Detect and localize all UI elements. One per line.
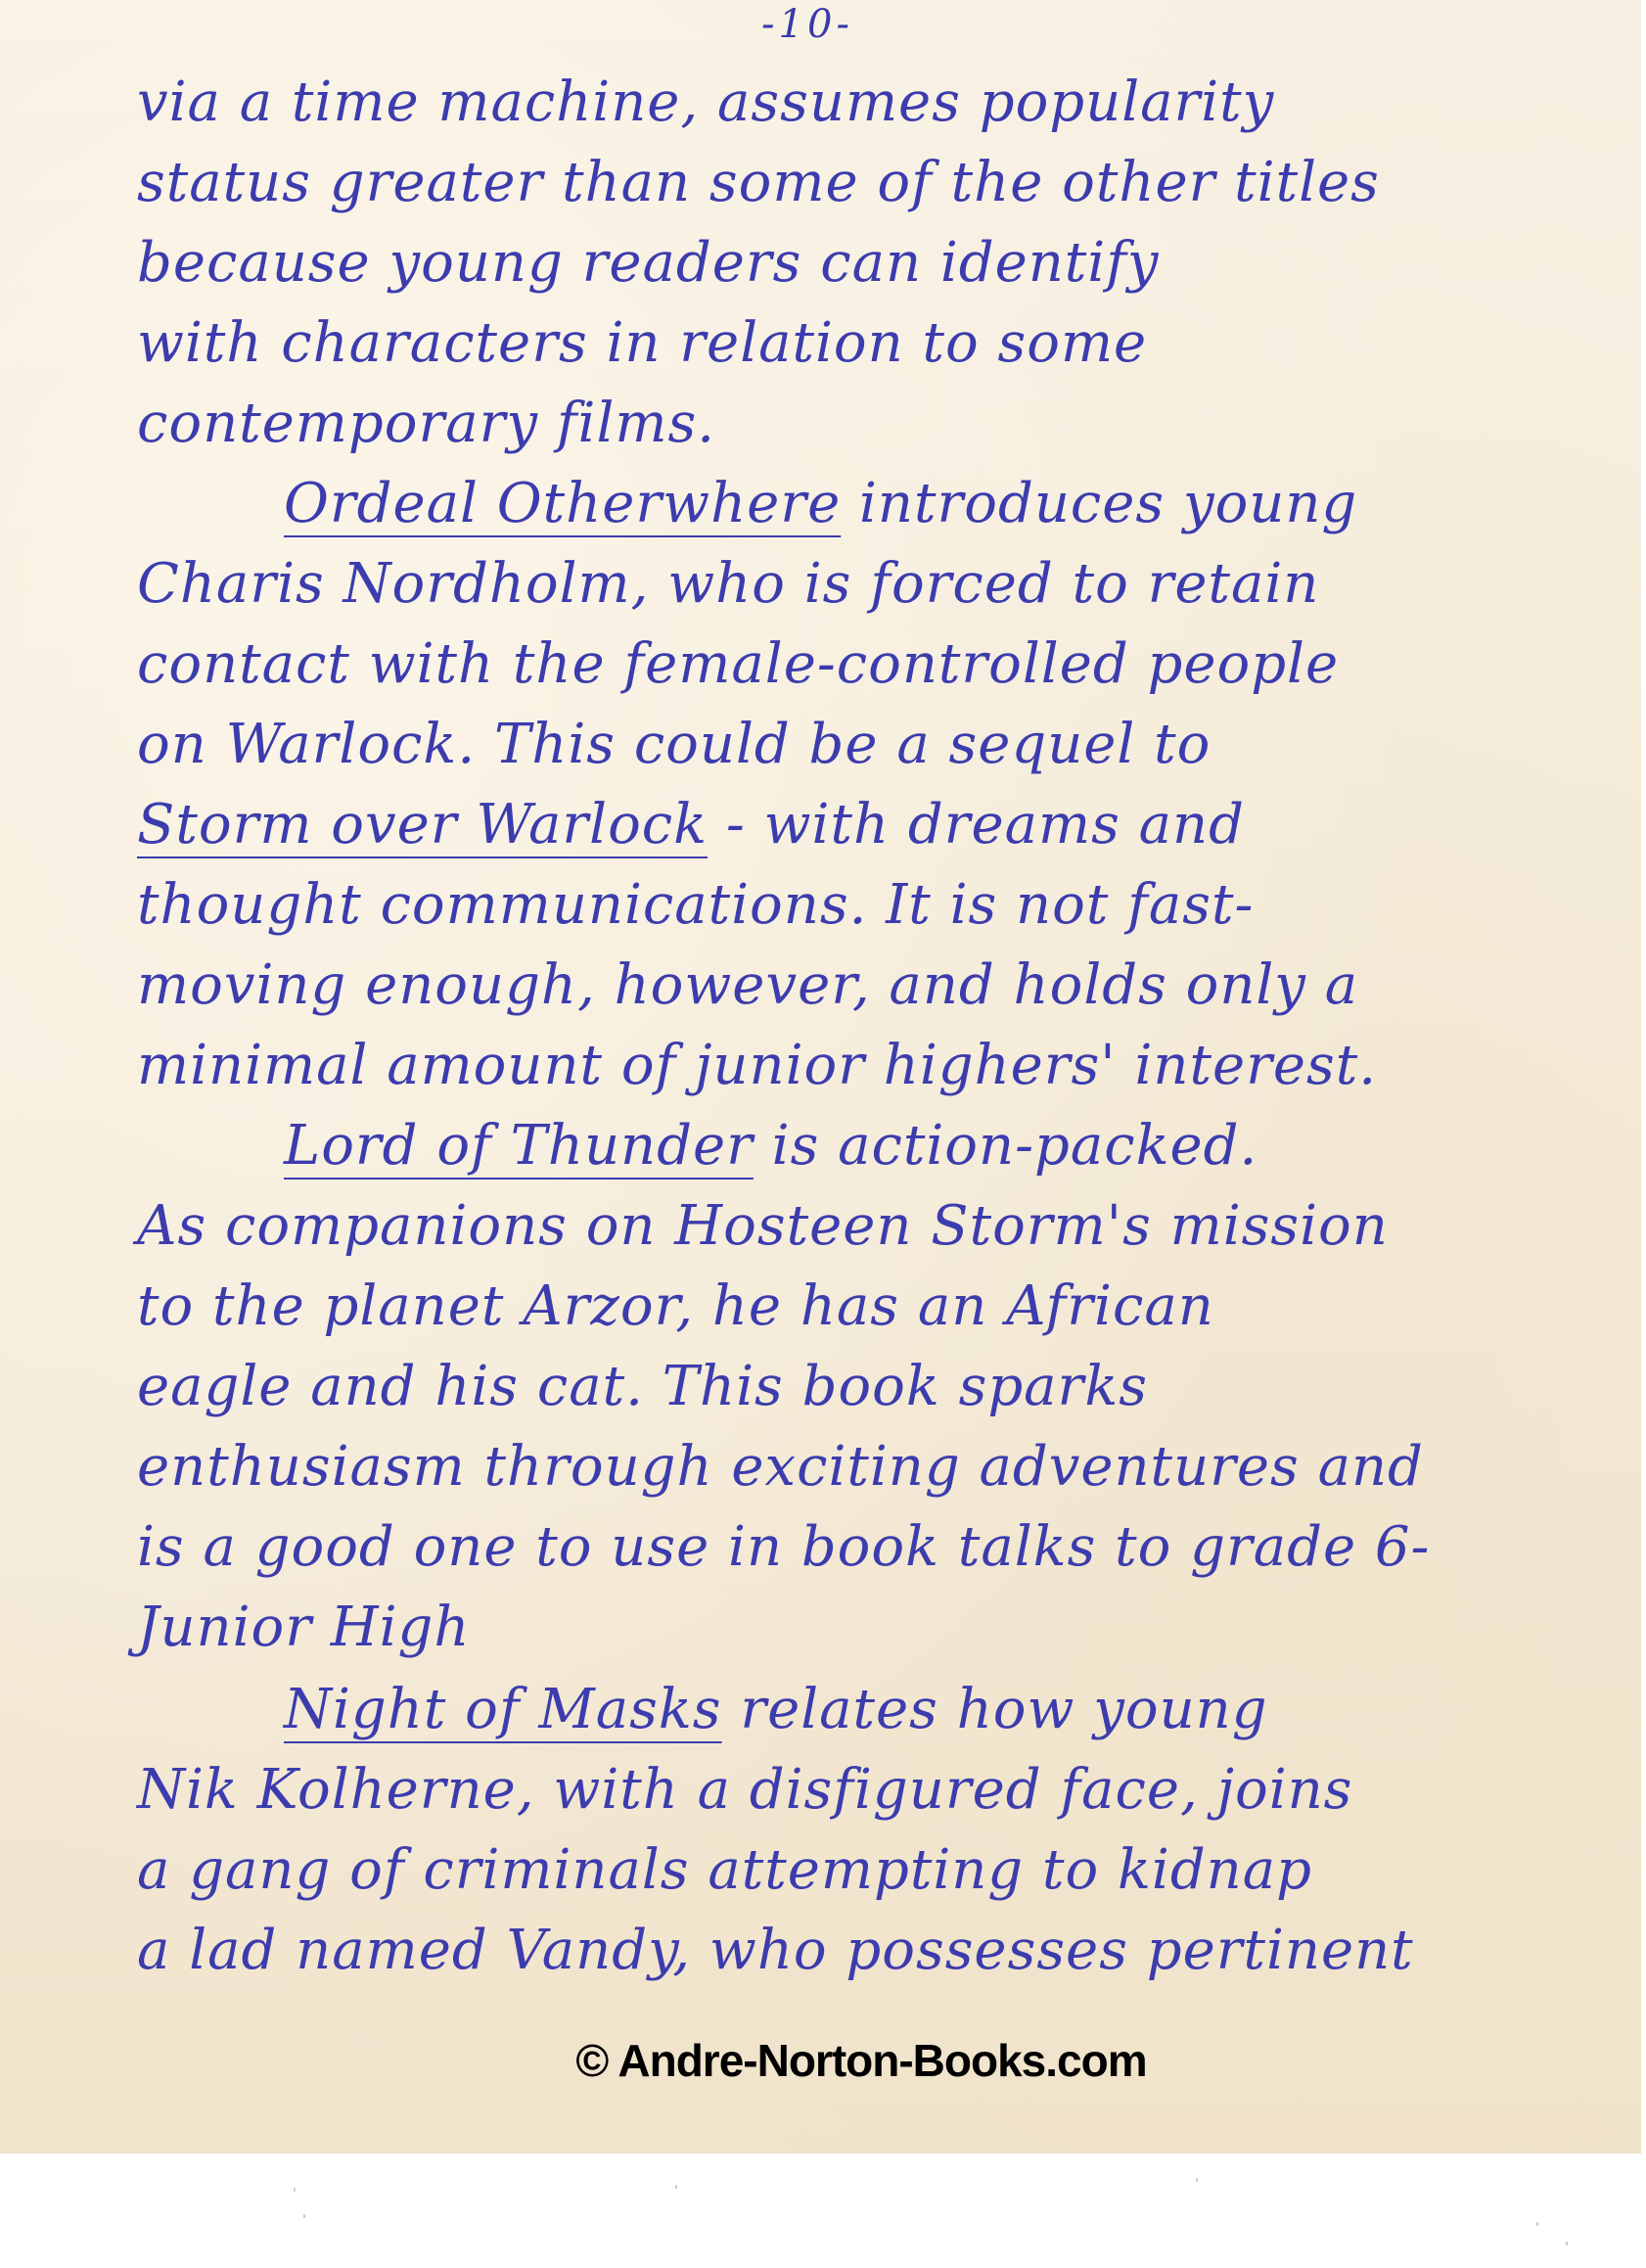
text-line: minimal amount of junior highers' intere… [137,1032,1377,1100]
book-title: Night of Masks [284,1678,722,1741]
text-line: Storm over Warlock - with dreams and [137,791,1245,859]
text-line: Charis Nordholm, who is forced to retain [137,550,1319,619]
text-line: contemporary films. [137,390,715,458]
text-line: Night of Masks relates how young [284,1676,1268,1744]
text-line: status greater than some of the other ti… [137,149,1380,217]
text-line: with characters in relation to some [137,309,1147,378]
text-line: contact with the female-controlled peopl… [137,630,1339,699]
text-line: Junior High [137,1594,470,1662]
text-line: As companions on Hosteen Storm's mission [137,1192,1389,1261]
book-title: Storm over Warlock [137,793,708,856]
text-line: Ordeal Otherwhere introduces young [284,470,1357,538]
text-line: a gang of criminals attempting to kidnap [137,1836,1312,1905]
text-line: via a time machine, assumes popularity [137,69,1274,137]
book-title: Ordeal Otherwhere [284,472,841,535]
text-line: a lad named Vandy, who possesses pertine… [137,1917,1414,1985]
text-line: eagle and his cat. This book sparks [137,1353,1148,1421]
copyright-watermark: © Andre-Norton-Books.com [568,2034,1155,2087]
text-line: on Warlock. This could be a sequel to [137,711,1211,779]
text-line: thought communications. It is not fast- [137,871,1254,940]
text-line: to the planet Arzor, he has an African [137,1273,1214,1341]
text-line: moving enough, however, and holds only a [137,951,1358,1020]
text-line: Nik Kolherne, with a disfigured face, jo… [137,1756,1352,1825]
text-line: Lord of Thunder is action-packed. [284,1112,1257,1180]
text-line: because young readers can identify [137,229,1160,298]
page-number: -10- [744,2,871,47]
manuscript-page: -10- via a time machine, assumes popular… [0,0,1641,2153]
text-line: enthusiasm through exciting adventures a… [137,1433,1424,1502]
book-title: Lord of Thunder [284,1114,754,1178]
text-line: is a good one to use in book talks to gr… [137,1513,1430,1582]
